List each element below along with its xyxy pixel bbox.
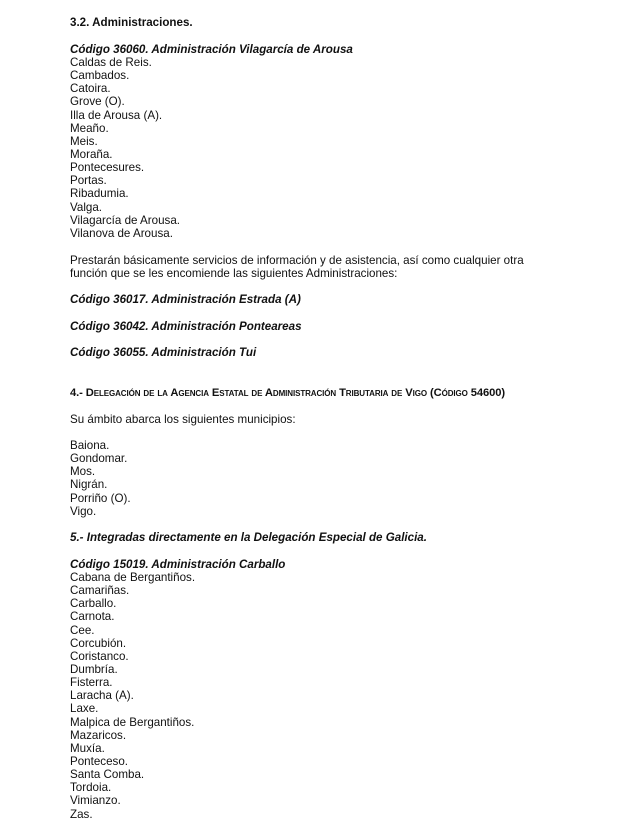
list-item: Mazaricos. xyxy=(70,729,195,742)
list-item: Cabana de Bergantiños. xyxy=(70,571,195,584)
list-item: Dumbría. xyxy=(70,663,195,676)
list-item: Cambados. xyxy=(70,69,180,82)
vilagarcia-municipios-list: Caldas de Reis.Cambados.Catoira.Grove (O… xyxy=(70,56,180,240)
list-item: Caldas de Reis. xyxy=(70,56,180,69)
list-item: Camariñas. xyxy=(70,584,195,597)
section-4-intro: Su ámbito abarca los siguientes municipi… xyxy=(70,413,296,426)
list-item: Coristanco. xyxy=(70,650,195,663)
list-item: Nigrán. xyxy=(70,478,131,491)
list-item: Catoira. xyxy=(70,82,180,95)
list-item: Porriño (O). xyxy=(70,492,131,505)
list-item: Valga. xyxy=(70,201,180,214)
section-5-heading: 5.- Integradas directamente en la Delega… xyxy=(70,531,427,544)
list-item: Laracha (A). xyxy=(70,689,195,702)
list-item: Vilanova de Arousa. xyxy=(70,227,180,240)
list-item: Meis. xyxy=(70,135,180,148)
services-paragraph: Prestarán básicamente servicios de infor… xyxy=(70,254,550,280)
list-item: Moraña. xyxy=(70,148,180,161)
list-item: Baiona. xyxy=(70,439,131,452)
list-item: Pontecesures. xyxy=(70,161,180,174)
list-item: Fisterra. xyxy=(70,676,195,689)
admin-ponteareas-title: Código 36042. Administración Ponteareas xyxy=(70,320,302,333)
list-item: Laxe. xyxy=(70,702,195,715)
carballo-municipios-list: Cabana de Bergantiños.Camariñas.Carballo… xyxy=(70,571,195,821)
list-item: Ribadumia. xyxy=(70,187,180,200)
list-item: Ponteceso. xyxy=(70,755,195,768)
list-item: Meaño. xyxy=(70,122,180,135)
list-item: Santa Comba. xyxy=(70,768,195,781)
list-item: Corcubión. xyxy=(70,637,195,650)
list-item: Vigo. xyxy=(70,505,131,518)
list-item: Malpica de Bergantiños. xyxy=(70,716,195,729)
admin-estrada-title: Código 36017. Administración Estrada (A) xyxy=(70,293,301,306)
list-item: Mos. xyxy=(70,465,131,478)
list-item: Carnota. xyxy=(70,610,195,623)
list-item: Illa de Arousa (A). xyxy=(70,109,180,122)
section-3-2-heading: 3.2. Administraciones. xyxy=(70,16,193,29)
section-4-heading: 4.- Delegación de la Agencia Estatal de … xyxy=(70,387,505,400)
list-item: Tordoia. xyxy=(70,781,195,794)
list-item: Grove (O). xyxy=(70,95,180,108)
admin-vilagarcia-title: Código 36060. Administración Vilagarcía … xyxy=(70,43,353,56)
admin-tui-title: Código 36055. Administración Tui xyxy=(70,346,256,359)
list-item: Portas. xyxy=(70,174,180,187)
list-item: Zas. xyxy=(70,808,195,821)
list-item: Muxía. xyxy=(70,742,195,755)
list-item: Cee. xyxy=(70,624,195,637)
list-item: Vilagarcía de Arousa. xyxy=(70,214,180,227)
list-item: Vimianzo. xyxy=(70,794,195,807)
list-item: Carballo. xyxy=(70,597,195,610)
vigo-municipios-list: Baiona.Gondomar.Mos.Nigrán.Porriño (O).V… xyxy=(70,439,131,518)
list-item: Gondomar. xyxy=(70,452,131,465)
admin-carballo-title: Código 15019. Administración Carballo xyxy=(70,558,285,571)
